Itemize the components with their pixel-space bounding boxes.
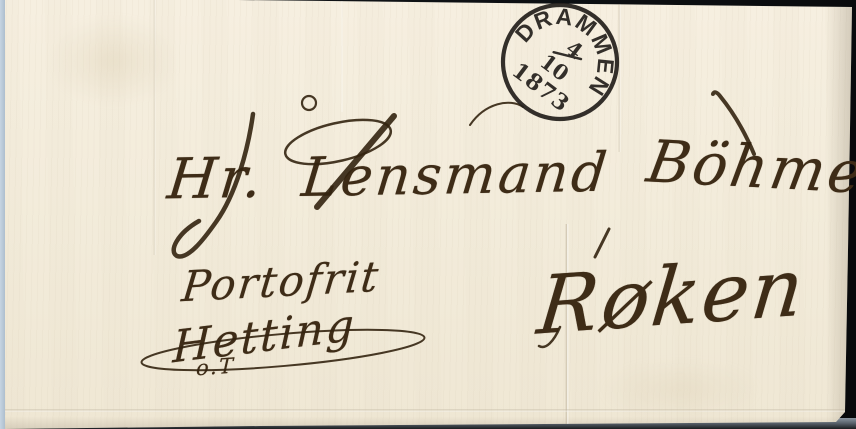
- address-surname: Böhmer: [644, 132, 856, 203]
- letter-cover-photo: Hr. Lensmand Böhmer Portofrit Røken Hett…: [0, 0, 856, 429]
- paper-crease-vertical: [618, 0, 621, 152]
- address-honorific: Hr.: [165, 151, 267, 209]
- signature-note: o.T: [196, 356, 236, 380]
- paper-stain: [600, 360, 760, 420]
- address-title: Lensmand: [299, 146, 612, 205]
- destination-name: Røken: [534, 247, 809, 346]
- address-line: Hr. Lensmand Böhmer: [165, 137, 856, 209]
- paper-crease-vertical: [153, 0, 156, 255]
- paper-crease-vertical: [341, 0, 343, 112]
- envelope-paper: [0, 0, 856, 429]
- paper-crease-horizontal: [0, 409, 856, 412]
- paper-stain: [48, 16, 178, 106]
